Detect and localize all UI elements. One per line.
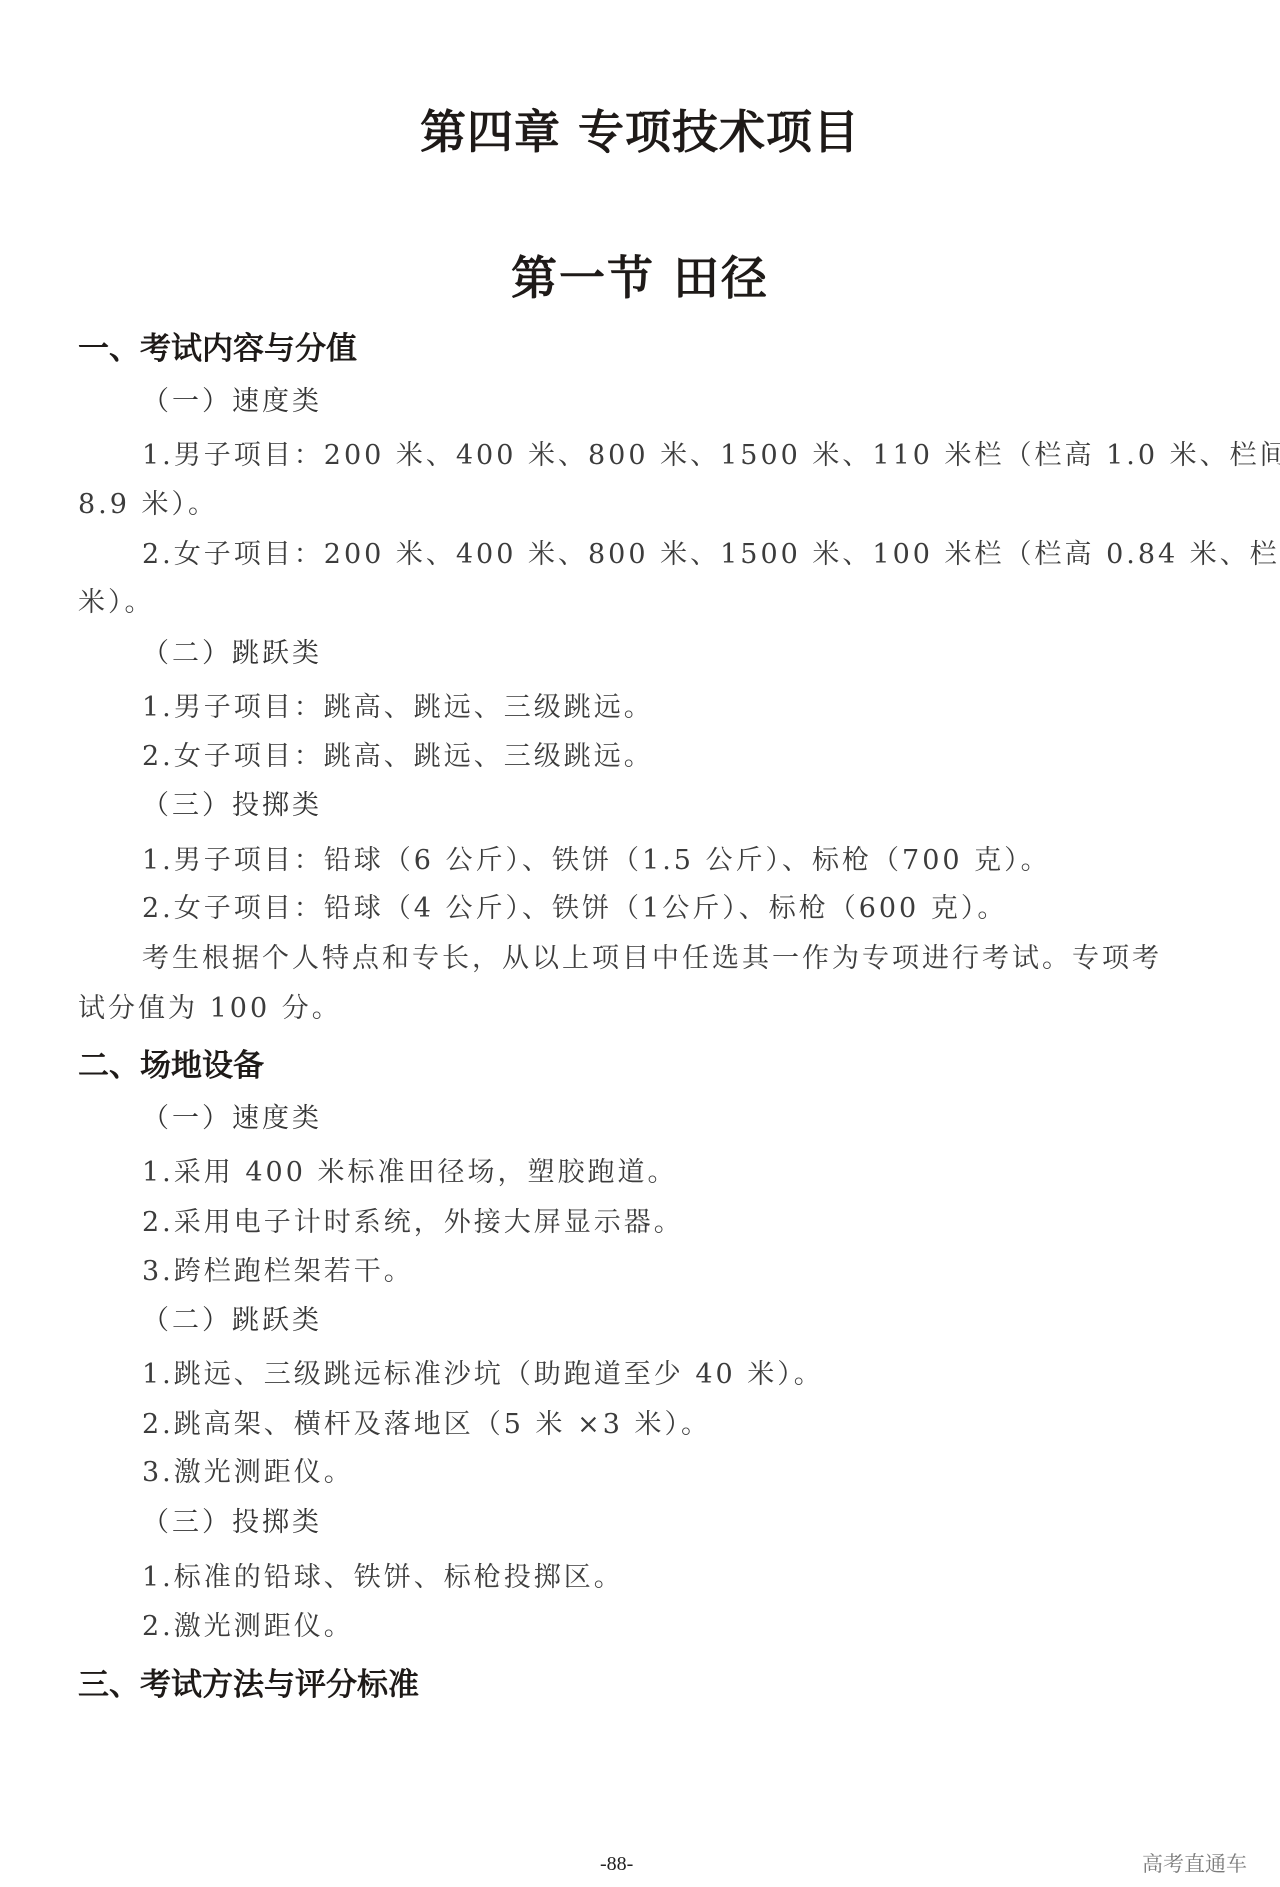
heading-venue-equipment: 二、场地设备 — [78, 1040, 264, 1085]
throw-men-line: 1.男子项目：铅球（6 公斤）、铁饼（1.5 公斤）、标枪（700 克）。 — [142, 838, 1051, 877]
venue-speed-line-1: 1.采用 400 米标准田径场，塑胶跑道。 — [142, 1150, 677, 1189]
throw-women-line: 2.女子项目：铅球（4 公斤）、铁饼（1公斤）、标枪（600 克）。 — [142, 886, 1007, 925]
watermark: 高考直通车 — [1142, 1848, 1247, 1878]
venue-speed-line-3: 3.跨栏跑栏架若干。 — [142, 1249, 414, 1288]
subheading-throw: （三）投掷类 — [142, 783, 322, 822]
venue-jump-line-2: 2.跳高架、横杆及落地区（5 米 ×3 米）。 — [142, 1402, 711, 1441]
venue-jump-line-3: 3.激光测距仪。 — [142, 1450, 354, 1489]
jump-women-line: 2.女子项目：跳高、跳远、三级跳远。 — [142, 734, 654, 773]
selection-note-cont: 试分值为 100 分。 — [78, 986, 342, 1025]
venue-jump-line-1: 1.跳远、三级跳远标准沙坑（助跑道至少 40 米）。 — [142, 1352, 824, 1391]
subheading-venue-throw: （三）投掷类 — [142, 1500, 322, 1539]
subheading-venue-jump: （二）跳跃类 — [142, 1298, 322, 1337]
speed-women-line: 2.女子项目：200 米、400 米、800 米、1500 米、100 米栏（栏… — [142, 532, 1280, 571]
subheading-venue-speed: （一）速度类 — [142, 1096, 322, 1135]
chapter-title: 第四章 专项技术项目 — [0, 96, 1280, 162]
jump-men-line: 1.男子项目：跳高、跳远、三级跳远。 — [142, 685, 654, 724]
speed-men-line: 1.男子项目：200 米、400 米、800 米、1500 米、110 米栏（栏… — [142, 433, 1280, 472]
section-title: 第一节 田径 — [0, 242, 1280, 308]
speed-men-line-cont: 8.9 米）。 — [78, 482, 218, 521]
venue-throw-line-1: 1.标准的铅球、铁饼、标枪投掷区。 — [142, 1555, 624, 1594]
selection-note: 考生根据个人特点和专长，从以上项目中任选其一作为专项进行考试。专项考 — [142, 936, 1162, 975]
subheading-speed: （一）速度类 — [142, 379, 322, 418]
speed-women-line-cont: 米）。 — [78, 580, 155, 619]
heading-exam-content: 一、考试内容与分值 — [78, 323, 357, 368]
venue-speed-line-2: 2.采用电子计时系统，外接大屏显示器。 — [142, 1200, 684, 1239]
heading-exam-method: 三、考试方法与评分标准 — [78, 1659, 419, 1704]
venue-throw-line-2: 2.激光测距仪。 — [142, 1604, 354, 1643]
subheading-jump: （二）跳跃类 — [142, 631, 322, 670]
page-number: -88- — [600, 1853, 633, 1876]
